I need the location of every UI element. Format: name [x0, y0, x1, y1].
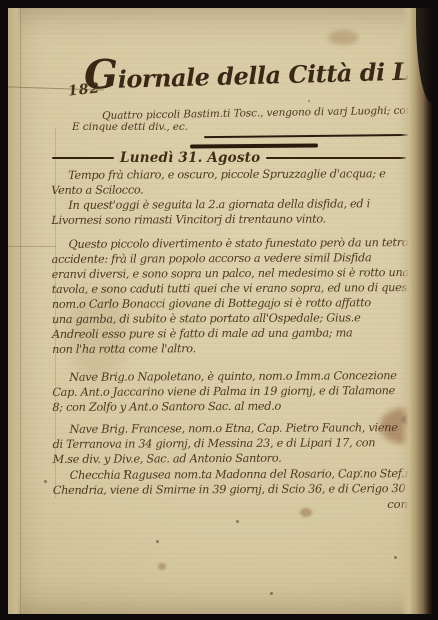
- speck: [44, 480, 47, 483]
- date-heading-row: Lunedì 31. Agosto: [52, 150, 406, 166]
- date-heading: Lunedì 31. Agosto: [120, 150, 260, 166]
- paragraph: Questo piccolo divertimento è stato fune…: [51, 235, 414, 357]
- manuscript-line: una gamba, di subito è stato portato all…: [52, 310, 414, 327]
- speck: [308, 100, 310, 102]
- paper-crease: [20, 8, 21, 614]
- manuscript-line: In quest'oggi è seguita la 2.a giornata …: [51, 196, 413, 213]
- manuscript-line: Chendria, viene di Smirne in 39 giornj, …: [53, 481, 415, 498]
- horizontal-rule: [204, 134, 416, 138]
- manuscript-page: 182 Giornale della Città di Livorno Quat…: [8, 8, 432, 614]
- subtitle-line: E cinque detti div., ec.: [72, 121, 188, 133]
- stain: [328, 30, 358, 45]
- stain: [300, 508, 312, 517]
- manuscript-line: 8; con Zolfo y Ant.o Santoro Sac. al med…: [52, 398, 414, 415]
- speck: [394, 556, 397, 559]
- date-rule-right: [266, 157, 406, 160]
- manuscript-line: M.se div. y Div.e, Sac. ad Antonio Santo…: [53, 450, 415, 467]
- paragraph: Tempo frà chiaro, e oscuro, piccole Spru…: [51, 166, 413, 198]
- horizontal-rule: [190, 143, 318, 148]
- date-rule-left: [52, 157, 114, 159]
- manuscript-body: Tempo frà chiaro, e oscuro, piccole Spru…: [51, 166, 415, 498]
- catchword: con: [332, 497, 408, 511]
- manuscript-line: non l'ha rotta come l'altro.: [52, 340, 414, 357]
- manuscript-line: Tempo frà chiaro, e oscuro, piccole Spru…: [51, 166, 413, 183]
- paragraph: In quest'oggi è seguita la 2.a giornata …: [51, 196, 413, 228]
- subtitle-line: Quattro piccoli Bastim.ti Tosc., vengono…: [102, 104, 432, 122]
- manuscript-line: Cap. Ant.o Jaccarino viene di Palma in 1…: [52, 383, 414, 400]
- manuscript-photo: 182 Giornale della Città di Livorno Quat…: [0, 0, 438, 620]
- manuscript-line: Livornesi sono rimasti Vincitorj di tren…: [51, 211, 413, 228]
- manuscript-line: di Terranova in 34 giornj, di Messina 23…: [53, 435, 415, 452]
- paragraph: Nave Brig.o Napoletano, è quinto, nom.o …: [52, 368, 414, 415]
- paper-crease: [8, 246, 56, 247]
- page-title: Giornale della Città di Livorno: [84, 51, 425, 94]
- paragraph: Checchia Ragusea nom.ta Madonna del Rosa…: [53, 466, 415, 498]
- paragraph: Nave Brig. Francese, nom.o Etna, Cap. Pi…: [52, 420, 414, 467]
- speck: [156, 540, 159, 543]
- stain: [158, 563, 166, 570]
- speck: [236, 520, 239, 523]
- speck: [270, 592, 273, 595]
